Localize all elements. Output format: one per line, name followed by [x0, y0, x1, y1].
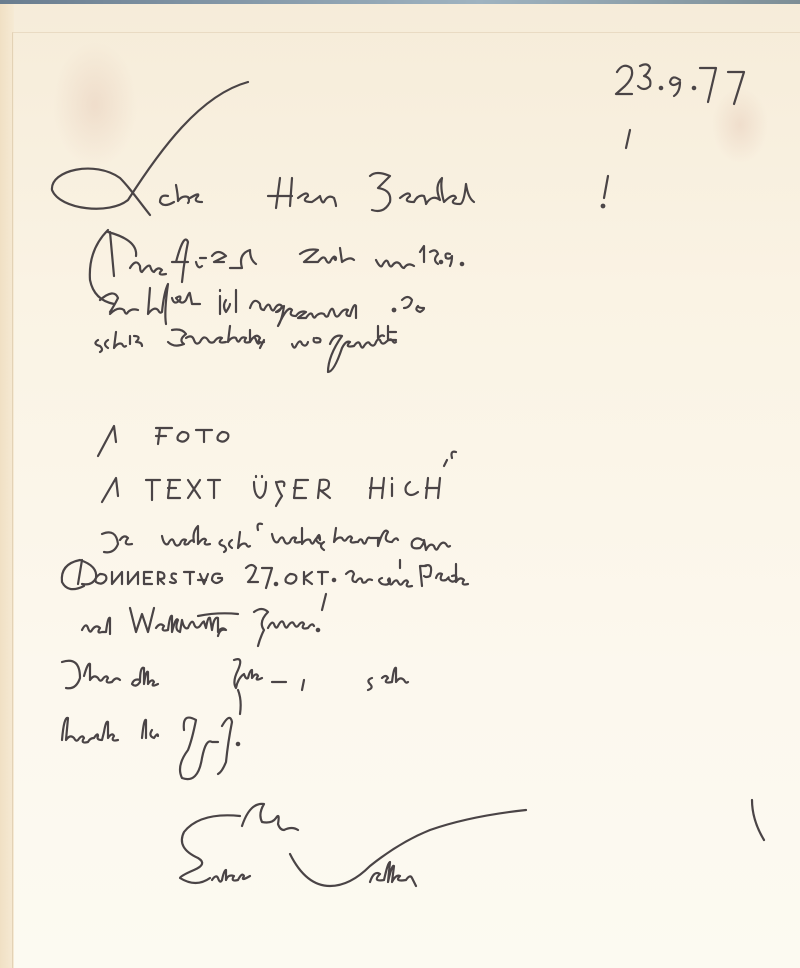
handwritten-salutation [52, 82, 608, 215]
handwritten-closing [242, 804, 298, 830]
handwritten-body [62, 230, 468, 779]
handwriting-ink [0, 0, 800, 968]
handwritten-signature [180, 800, 764, 886]
handwritten-date [616, 64, 744, 148]
